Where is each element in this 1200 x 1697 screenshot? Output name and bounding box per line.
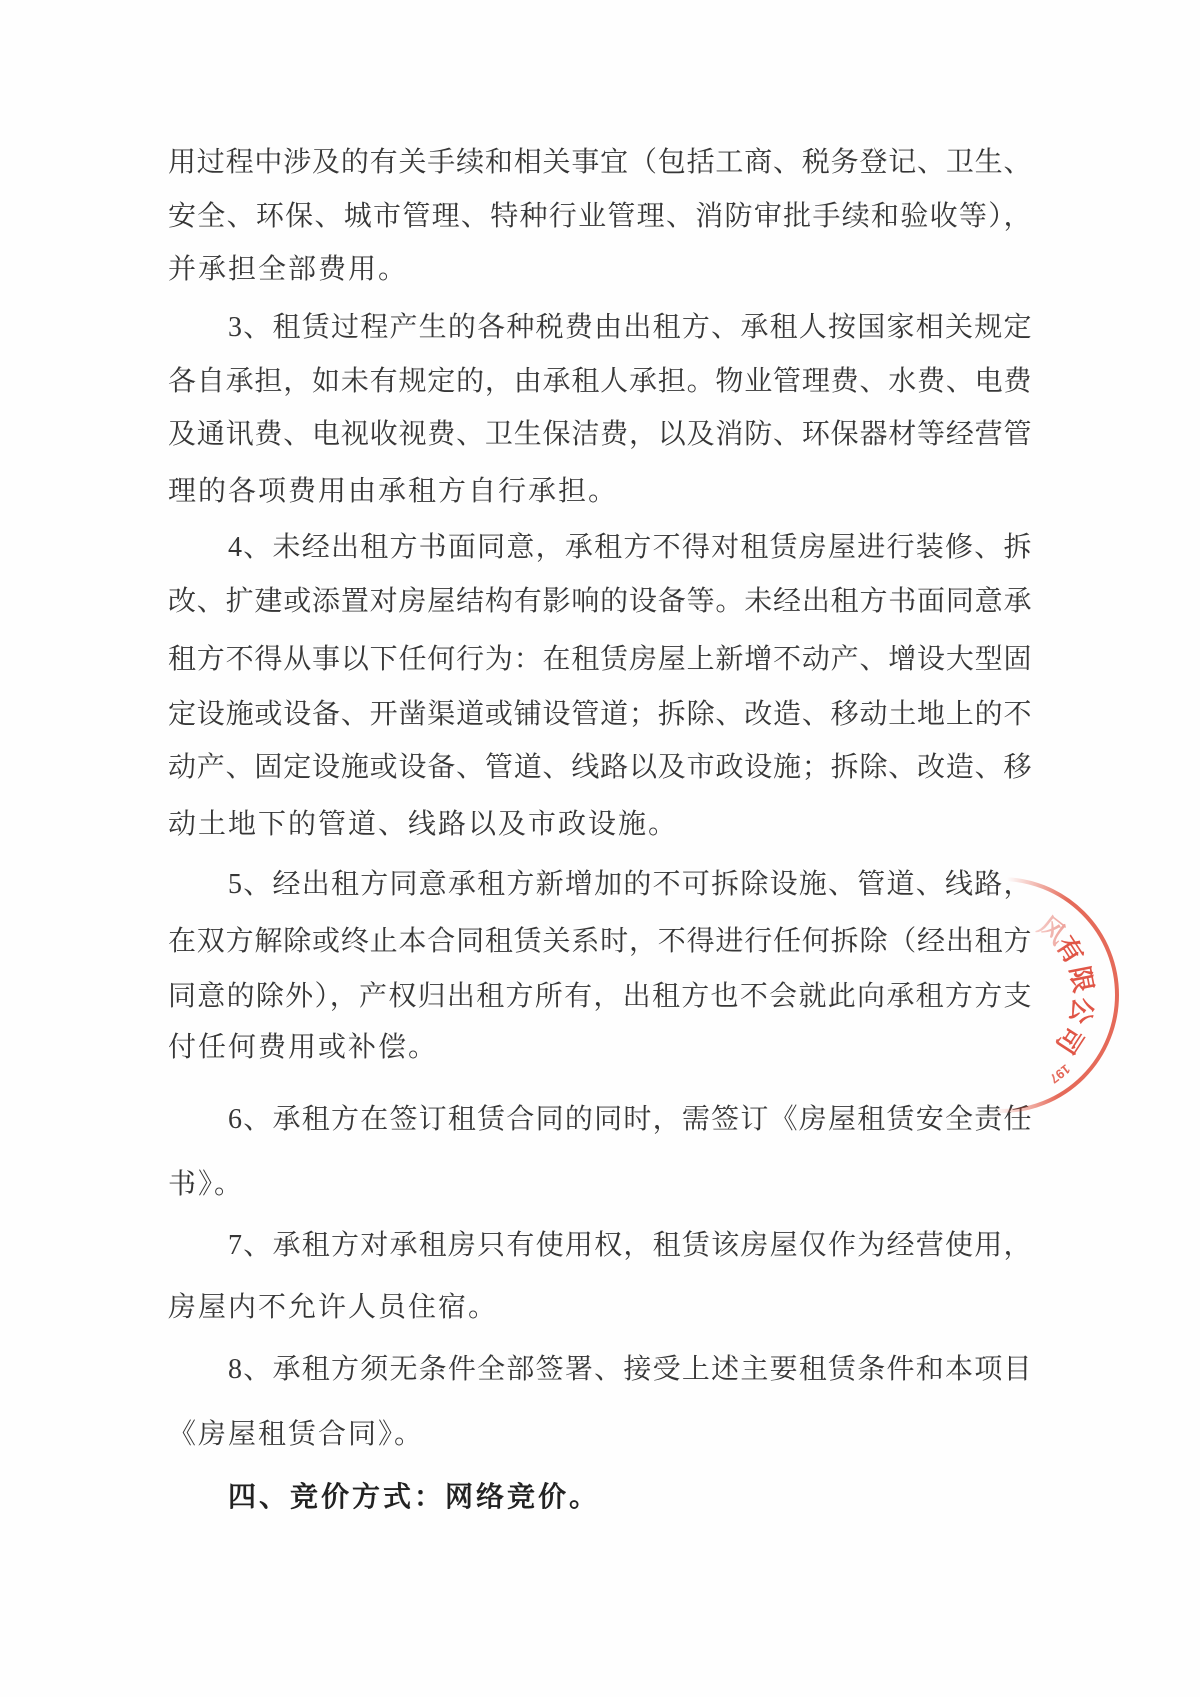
document-line: 书》。 (168, 1158, 1032, 1212)
seal-serial-number: 197 (1047, 1061, 1073, 1086)
seal-character: 公 (1062, 995, 1103, 1028)
document-line-clause-7: 7、承租方对承租房只有使用权，租赁该房屋仅作为经营使用， (168, 1219, 1032, 1273)
seal-character: 风 (1031, 906, 1074, 951)
document-line: 在双方解除或终止本合同租赁关系时，不得进行任何拆除（经出租方 (168, 915, 1032, 969)
seal-character: 司 (1048, 1020, 1093, 1062)
document-line-clause-3: 3、租赁过程产生的各种税费由出租方、承租人按国家相关规定 (168, 301, 1032, 355)
document-line: 并承担全部费用。 (168, 243, 1032, 297)
document-line-clause-4: 4、未经出租方书面同意，承租方不得对租赁房屋进行装修、拆 (168, 521, 1032, 575)
document-line: 付任何费用或补偿。 (168, 1021, 1032, 1075)
document-line: 理的各项费用由承租方自行承担。 (168, 465, 1032, 519)
seal-character: 有 (1048, 928, 1093, 970)
document-line: 各自承担，如未有规定的，由承租人承担。物业管理费、水费、电费 (168, 355, 1032, 409)
document-line: 安全、环保、城市管理、特种行业管理、消防审批手续和验收等）， (168, 190, 1032, 244)
document-line: 定设施或设备、开凿渠道或铺设管道；拆除、改造、移动土地上的不 (168, 688, 1032, 742)
document-line: 及通讯费、电视收视费、卫生保洁费，以及消防、环保器材等经营管 (168, 408, 1032, 462)
document-line: 租方不得从事以下任何行为：在租赁房屋上新增不动产、增设大型固 (168, 633, 1032, 687)
document-line-clause-5: 5、经出租方同意承租方新增加的不可拆除设施、管道、线路， (168, 858, 1032, 912)
document-page: 用过程中涉及的有关手续和相关事宜（包括工商、税务登记、卫生、 安全、环保、城市管… (0, 0, 1200, 1697)
document-line-clause-8: 8、承租方须无条件全部签署、接受上述主要租赁条件和本项目 (168, 1343, 1032, 1397)
document-line: 用过程中涉及的有关手续和相关事宜（包括工商、税务登记、卫生、 (168, 136, 1032, 190)
document-line-clause-6: 6、承租方在签订租赁合同的同时，需签订《房屋租赁安全责任 (168, 1093, 1032, 1147)
seal-character: 限 (1062, 963, 1103, 996)
section-heading-bidding-method: 四、竞价方式：网络竞价。 (168, 1470, 1032, 1524)
document-line: 改、扩建或添置对房屋结构有影响的设备等。未经出租方书面同意承 (168, 575, 1032, 629)
document-line: 动土地下的管道、线路以及市政设施。 (168, 798, 1032, 852)
document-line: 同意的除外），产权归出租方所有，出租方也不会就此向承租方方支 (168, 970, 1032, 1024)
document-line: 《房屋租赁合同》。 (168, 1408, 1032, 1462)
document-line: 房屋内不允许人员住宿。 (168, 1281, 1032, 1335)
document-line: 动产、固定设施或设备、管道、线路以及市政设施；拆除、改造、移 (168, 741, 1032, 795)
